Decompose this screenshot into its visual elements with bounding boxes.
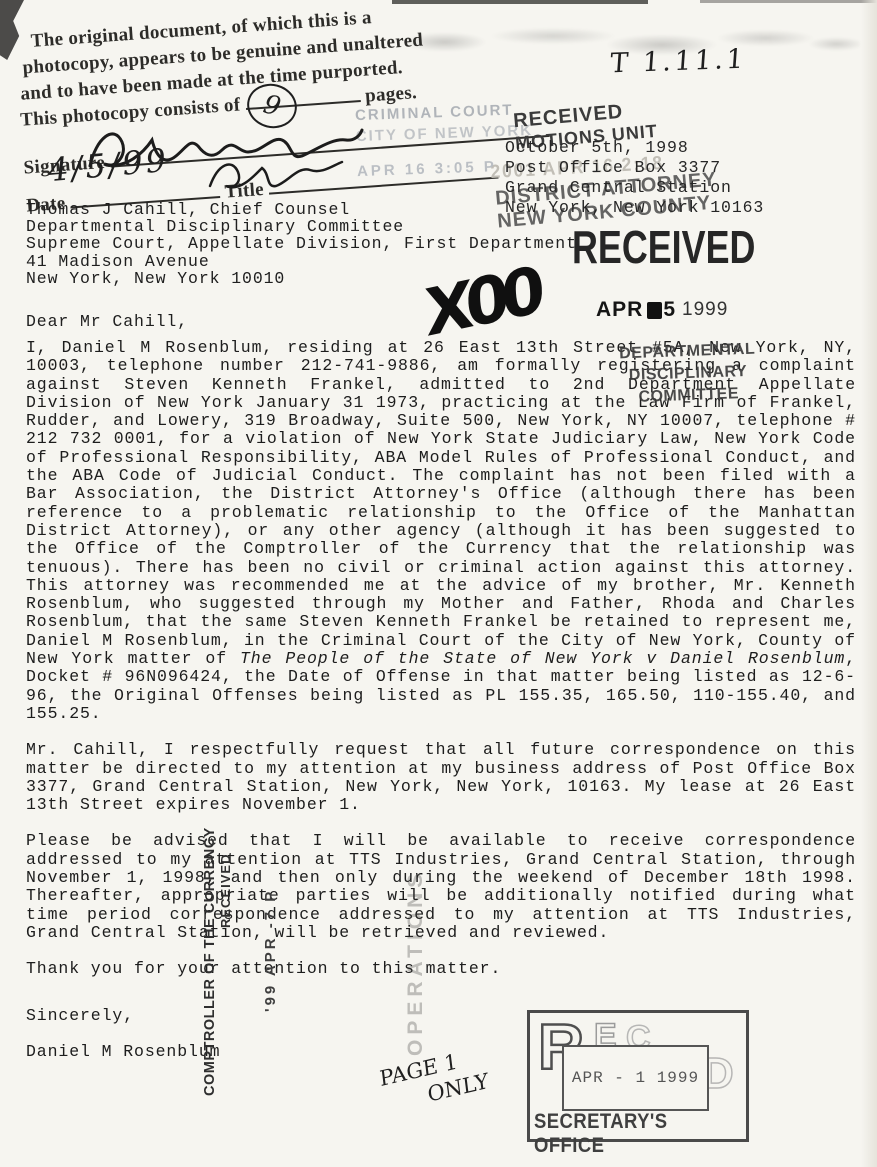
date-received-stamp: APR 5 1999 (596, 298, 728, 322)
comptroller-received: RECEIVED (218, 827, 233, 928)
stamp-year: 1999 (682, 299, 728, 321)
scan-edge-line (700, 0, 877, 3)
secretarys-office-label: SECRETARY'S OFFICE (534, 1110, 721, 1158)
recipient-line: Supreme Court, Appellate Division, First… (26, 235, 577, 252)
scanned-letter-page: The original document, of which this is … (0, 0, 877, 1167)
stamp-day: 5 (663, 298, 675, 322)
departmental-disciplinary-committee-stamp: DEPARTMENTAL DISCIPLINARY COMMITTEE (605, 338, 771, 410)
stamp-month: APR (596, 298, 643, 322)
mailing-line: New York, New York 10163 (505, 198, 764, 218)
received-large-stamp: RECEIVED (572, 220, 755, 274)
salutation: Dear Mr Cahill, (26, 312, 188, 331)
recipient-line: Thomas J Cahill, Chief Counsel (26, 201, 577, 218)
mailing-line: Grand Central Station (505, 178, 764, 198)
case-name-italic: The People of the State of New York v Da… (240, 649, 845, 668)
body-paragraph-3: Please be advised that I will be availab… (26, 832, 856, 942)
mailing-line: Post Office Box 3377 (505, 158, 764, 178)
secretarys-office-stamp: R E C D APR - 1 1999 SECRETARY'S OFFICE (527, 1010, 749, 1142)
letter-body: I, Daniel M Rosenblum, residing at 26 Ea… (26, 339, 856, 1079)
recipient-line: Departmental Disciplinary Committee (26, 218, 577, 235)
handwritten-title-scribble (206, 150, 346, 198)
scan-edge-shadow (861, 0, 877, 1167)
handwritten-file-reference: T 1.11.1 (609, 44, 748, 80)
stamp-date-box: APR - 1 1999 (562, 1045, 709, 1111)
ink-blot (647, 302, 662, 319)
body-paragraph-4: Thank you for your attention to this mat… (26, 960, 856, 978)
body-paragraph-2: Mr. Cahill, I respectfully request that … (26, 741, 856, 814)
comptroller-line: COMPTROLLER OF THE CURRENCY (202, 827, 218, 1096)
mailing-line: October 5th, 1998 (505, 138, 764, 158)
operations-faint-stamp: OPERATIONS (404, 869, 428, 1056)
typed-mailing-block: October 5th, 1998 Post Office Box 3377 G… (505, 138, 764, 218)
comptroller-date-stamp: '99 APR -7 P (262, 889, 279, 1012)
comptroller-currency-stamp: COMPTROLLER OF THE CURRENCY RECEIVED (202, 827, 233, 1096)
